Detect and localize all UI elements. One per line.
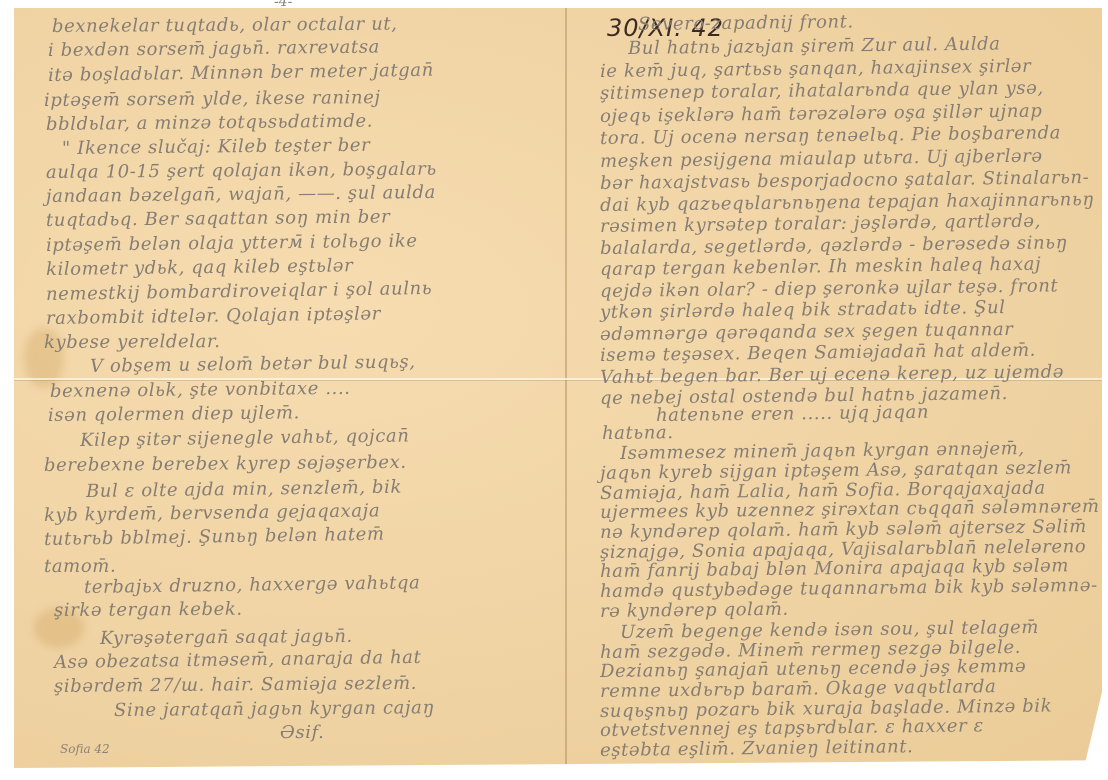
handwritten-line: kilometr ydьk, qaq kileb eştьlər: [46, 255, 354, 280]
handwritten-line: rə kyndərep qolam̄.: [600, 599, 789, 622]
handwritten-line: tuqtadьq. Ber saqattan soŋ min ber: [46, 206, 390, 231]
handwritten-line: i bexdən sorsem̄ jagьn̄. raxrevatsa: [48, 37, 380, 61]
handwritten-line: Bul ε olte ajda min, senzlem̄, bik: [86, 477, 402, 502]
handwritten-line: şirkə tergan kebek.: [54, 599, 243, 621]
signature-footer-mark: Sofia 42: [60, 742, 110, 756]
handwritten-line: hatenьne eren ..... ujq jaqan: [656, 402, 929, 426]
handwritten-line: bexnenə olьk, şte vonbitaxe ....: [50, 378, 351, 402]
handwritten-line: kybese yereldelar.: [44, 331, 221, 353]
handwritten-line: Sine jaratqan̄ jagьn kyrgan cajaŋ: [114, 697, 435, 721]
handwritten-line: eştəbta eşlim̄. Zvanieŋ leitinant.: [600, 736, 914, 761]
handwritten-line: hatьna.: [602, 422, 674, 444]
handwritten-line: bbldьlar, a minzə totqьsьdatimde.: [46, 111, 373, 135]
handwritten-line: Severo-zapadnij front.: [638, 11, 854, 35]
handwritten-line: şibərdem̄ 27/ш. hair. Samiəja sezlem̄.: [54, 673, 417, 697]
vertical-fold-line: [565, 8, 567, 768]
handwritten-line: iptəşem̄ sorsem̄ ylde, ikese raninej: [44, 87, 381, 111]
handwritten-line: berebexne berebex kyrep sөjəşerbex.: [44, 452, 407, 476]
page-number-mark: -4-: [274, 0, 292, 10]
handwritten-line: bexnekelar tuqtadь, olar octalar ut,: [52, 14, 398, 37]
handwritten-line: aulqa 10-15 şert qolajan ikən, boşgalarь: [46, 159, 437, 183]
handwritten-line: isən qolermen diep ujlem̄.: [48, 402, 300, 426]
handwritten-line: Əsif.: [280, 722, 325, 743]
handwritten-line: Kyrəşətergan̄ saqat jagьn̄.: [100, 626, 353, 649]
handwritten-line: tamom̄.: [44, 556, 116, 577]
handwritten-line: jandaan bəzelgan̄, wajan̄, ——. şul aulda: [46, 182, 436, 207]
handwritten-line: " Ikence slučaj: Kileb teşter ber: [62, 135, 370, 159]
